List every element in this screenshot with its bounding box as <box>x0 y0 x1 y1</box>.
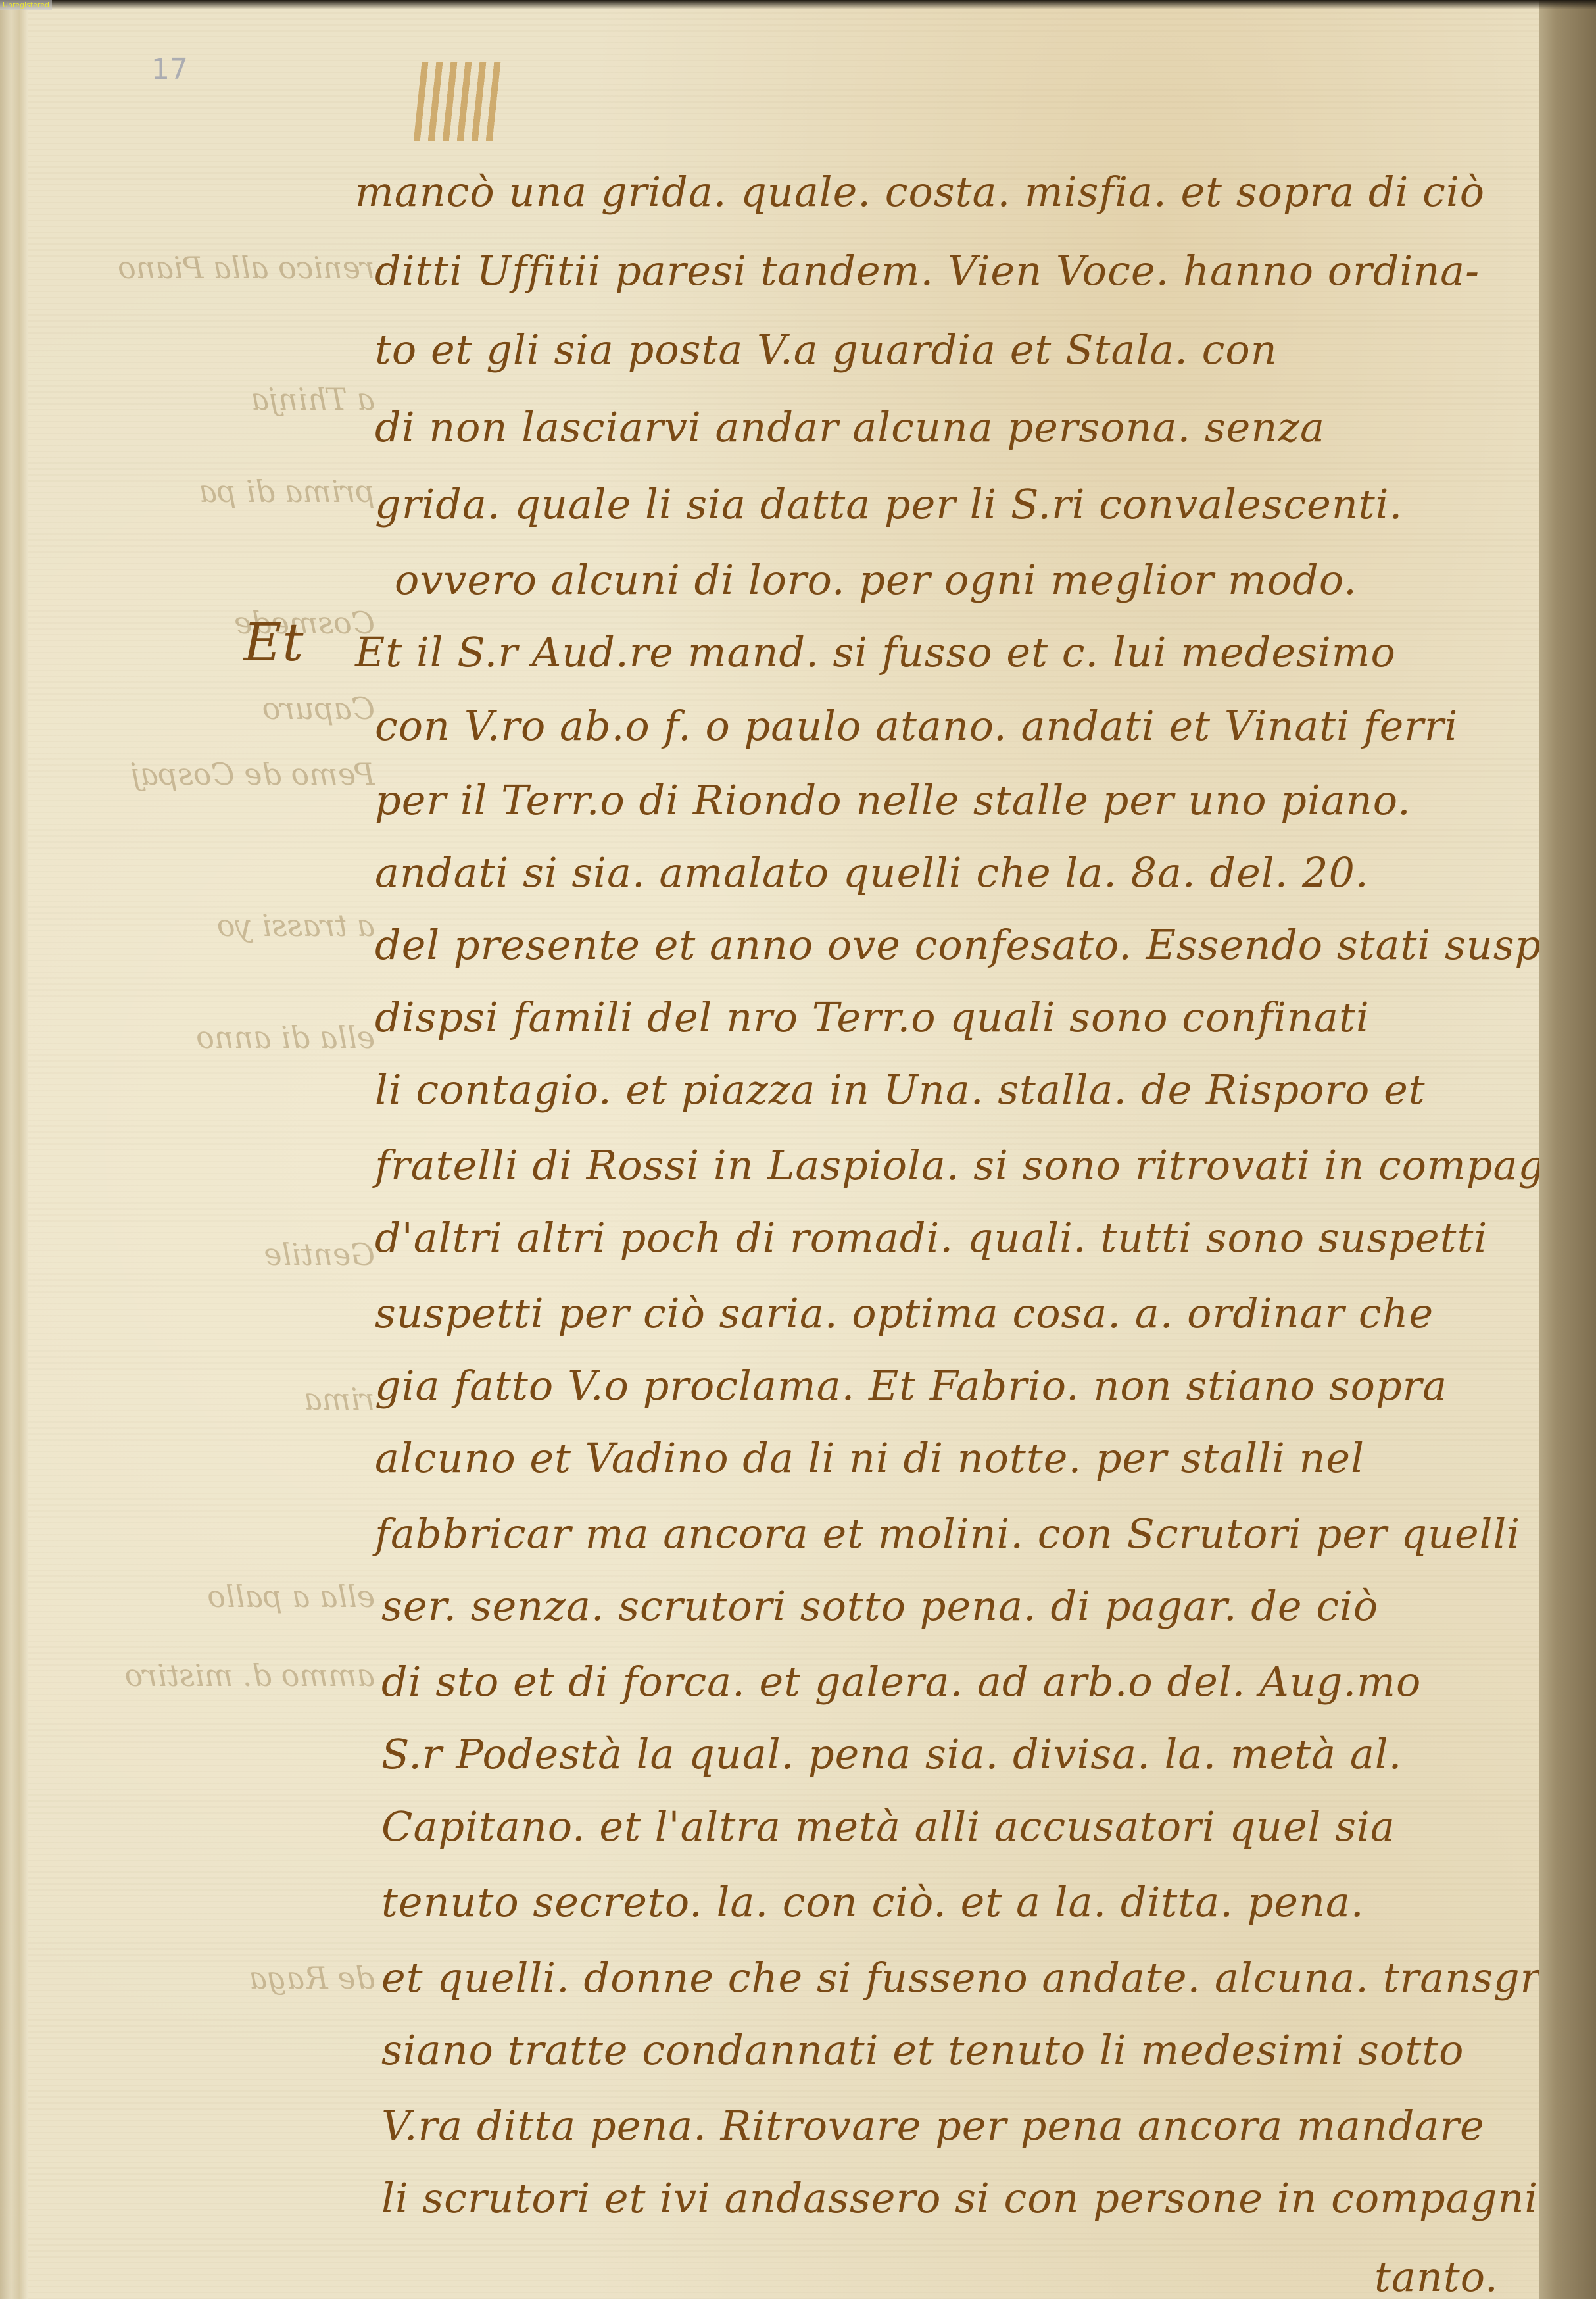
manuscript-line: d'altri altri poch di romadi. quali. tut… <box>375 1214 1487 1262</box>
manuscript-line: alcuno et Vadino da li ni di notte. per … <box>375 1434 1365 1482</box>
book-edge <box>1539 0 1596 2299</box>
binding-edge <box>0 0 28 2299</box>
folio-number: 17 <box>151 53 188 86</box>
manuscript-line: siano tratte condannati et tenuto li med… <box>381 2026 1464 2074</box>
manuscript-line: fabbricar ma ancora et molini. con Scrut… <box>375 1510 1520 1558</box>
bleed-through-text: ella di anno <box>99 1020 375 1055</box>
bleed-through-text: de Raga <box>99 1960 375 1996</box>
manuscript-line: gia fatto V.o proclama. Et Fabrio. non s… <box>375 1362 1447 1410</box>
marginal-mark: Et <box>243 612 304 673</box>
manuscript-line: V.ra ditta pena. Ritrovare per pena anco… <box>381 2102 1485 2150</box>
bleed-through-text: Pemo de Cospaj <box>99 756 375 792</box>
manuscript-line: tenuto secreto. la. con ciò. et a la. di… <box>381 1878 1365 1926</box>
bleed-through-text: prima di pa <box>99 474 375 509</box>
bleed-through-text: Cosmede <box>99 605 375 641</box>
manuscript-line: andati si sia. amalato quelli che la. 8a… <box>375 849 1369 897</box>
bleed-through-text: renico alla Piano <box>99 250 375 285</box>
bleed-through-text: Capuro <box>99 691 375 726</box>
manuscript-line: dispsi famili del nro Terr.o quali sono … <box>375 993 1370 1041</box>
manuscript-line: ser. senza. scrutori sotto pena. di paga… <box>381 1582 1378 1630</box>
manuscript-line: con V.ro ab.o f. o paulo atano. andati e… <box>375 702 1458 750</box>
bleed-through-text: a trassi yo <box>99 908 375 943</box>
manuscript-line: ovvero alcuni di loro. per ogni meglior … <box>395 556 1357 604</box>
bleed-through-text: ella a pallo <box>99 1579 375 1614</box>
manuscript-line: suspetti per ciò saria. optima cosa. a. … <box>375 1289 1434 1337</box>
manuscript-line: Capitano. et l'altra metà alli accusator… <box>381 1802 1395 1850</box>
bleed-through-text: rima <box>99 1381 375 1417</box>
bleed-through-text: Gentile <box>99 1237 375 1272</box>
manuscript-line: mancò una grida. quale. costa. misfia. e… <box>355 168 1485 216</box>
manuscript-line: grida. quale li sia datta per li S.ri co… <box>375 480 1403 528</box>
manuscript-page: 17 renico alla Pianoa Thinjaprima di paC… <box>0 0 1539 2299</box>
manuscript-line: Et il S.r Aud.re mand. si fusso et c. lu… <box>355 628 1396 676</box>
manuscript-line: di sto et di forca. et galera. ad arb.o … <box>381 1658 1421 1706</box>
manuscript-line: li contagio. et piazza in Una. stalla. d… <box>375 1066 1426 1114</box>
manuscript-line: S.r Podestà la qual. pena sia. divisa. l… <box>381 1730 1402 1778</box>
scanner-watermark: Unregistered <box>0 0 52 10</box>
bleed-through-text: ammo d. mistiro <box>99 1658 375 1693</box>
manuscript-line: per il Terr.o di Riondo nelle stalle per… <box>375 776 1411 824</box>
manuscript-line: li scrutori et ivi andassero si con pers… <box>381 2174 1563 2222</box>
manuscript-line: di non lasciarvi andar alcuna persona. s… <box>375 403 1325 451</box>
top-shadow <box>0 0 1596 9</box>
manuscript-line: del presente et anno ove confesato. Esse… <box>375 921 1596 969</box>
manuscript-line: ditti Uffitii paresi tandem. Vien Voce. … <box>375 247 1480 295</box>
ink-stain <box>414 62 508 141</box>
manuscript-line: tanto. <box>1374 2253 1499 2299</box>
bleed-through-text: a Thinja <box>99 382 375 417</box>
manuscript-line: to et gli sia posta V.a guardia et Stala… <box>375 326 1278 374</box>
manuscript-line: et quelli. donne che si fusseno andate. … <box>381 1954 1596 2002</box>
manuscript-line: fratelli di Rossi in Laspiola. si sono r… <box>375 1141 1596 1189</box>
